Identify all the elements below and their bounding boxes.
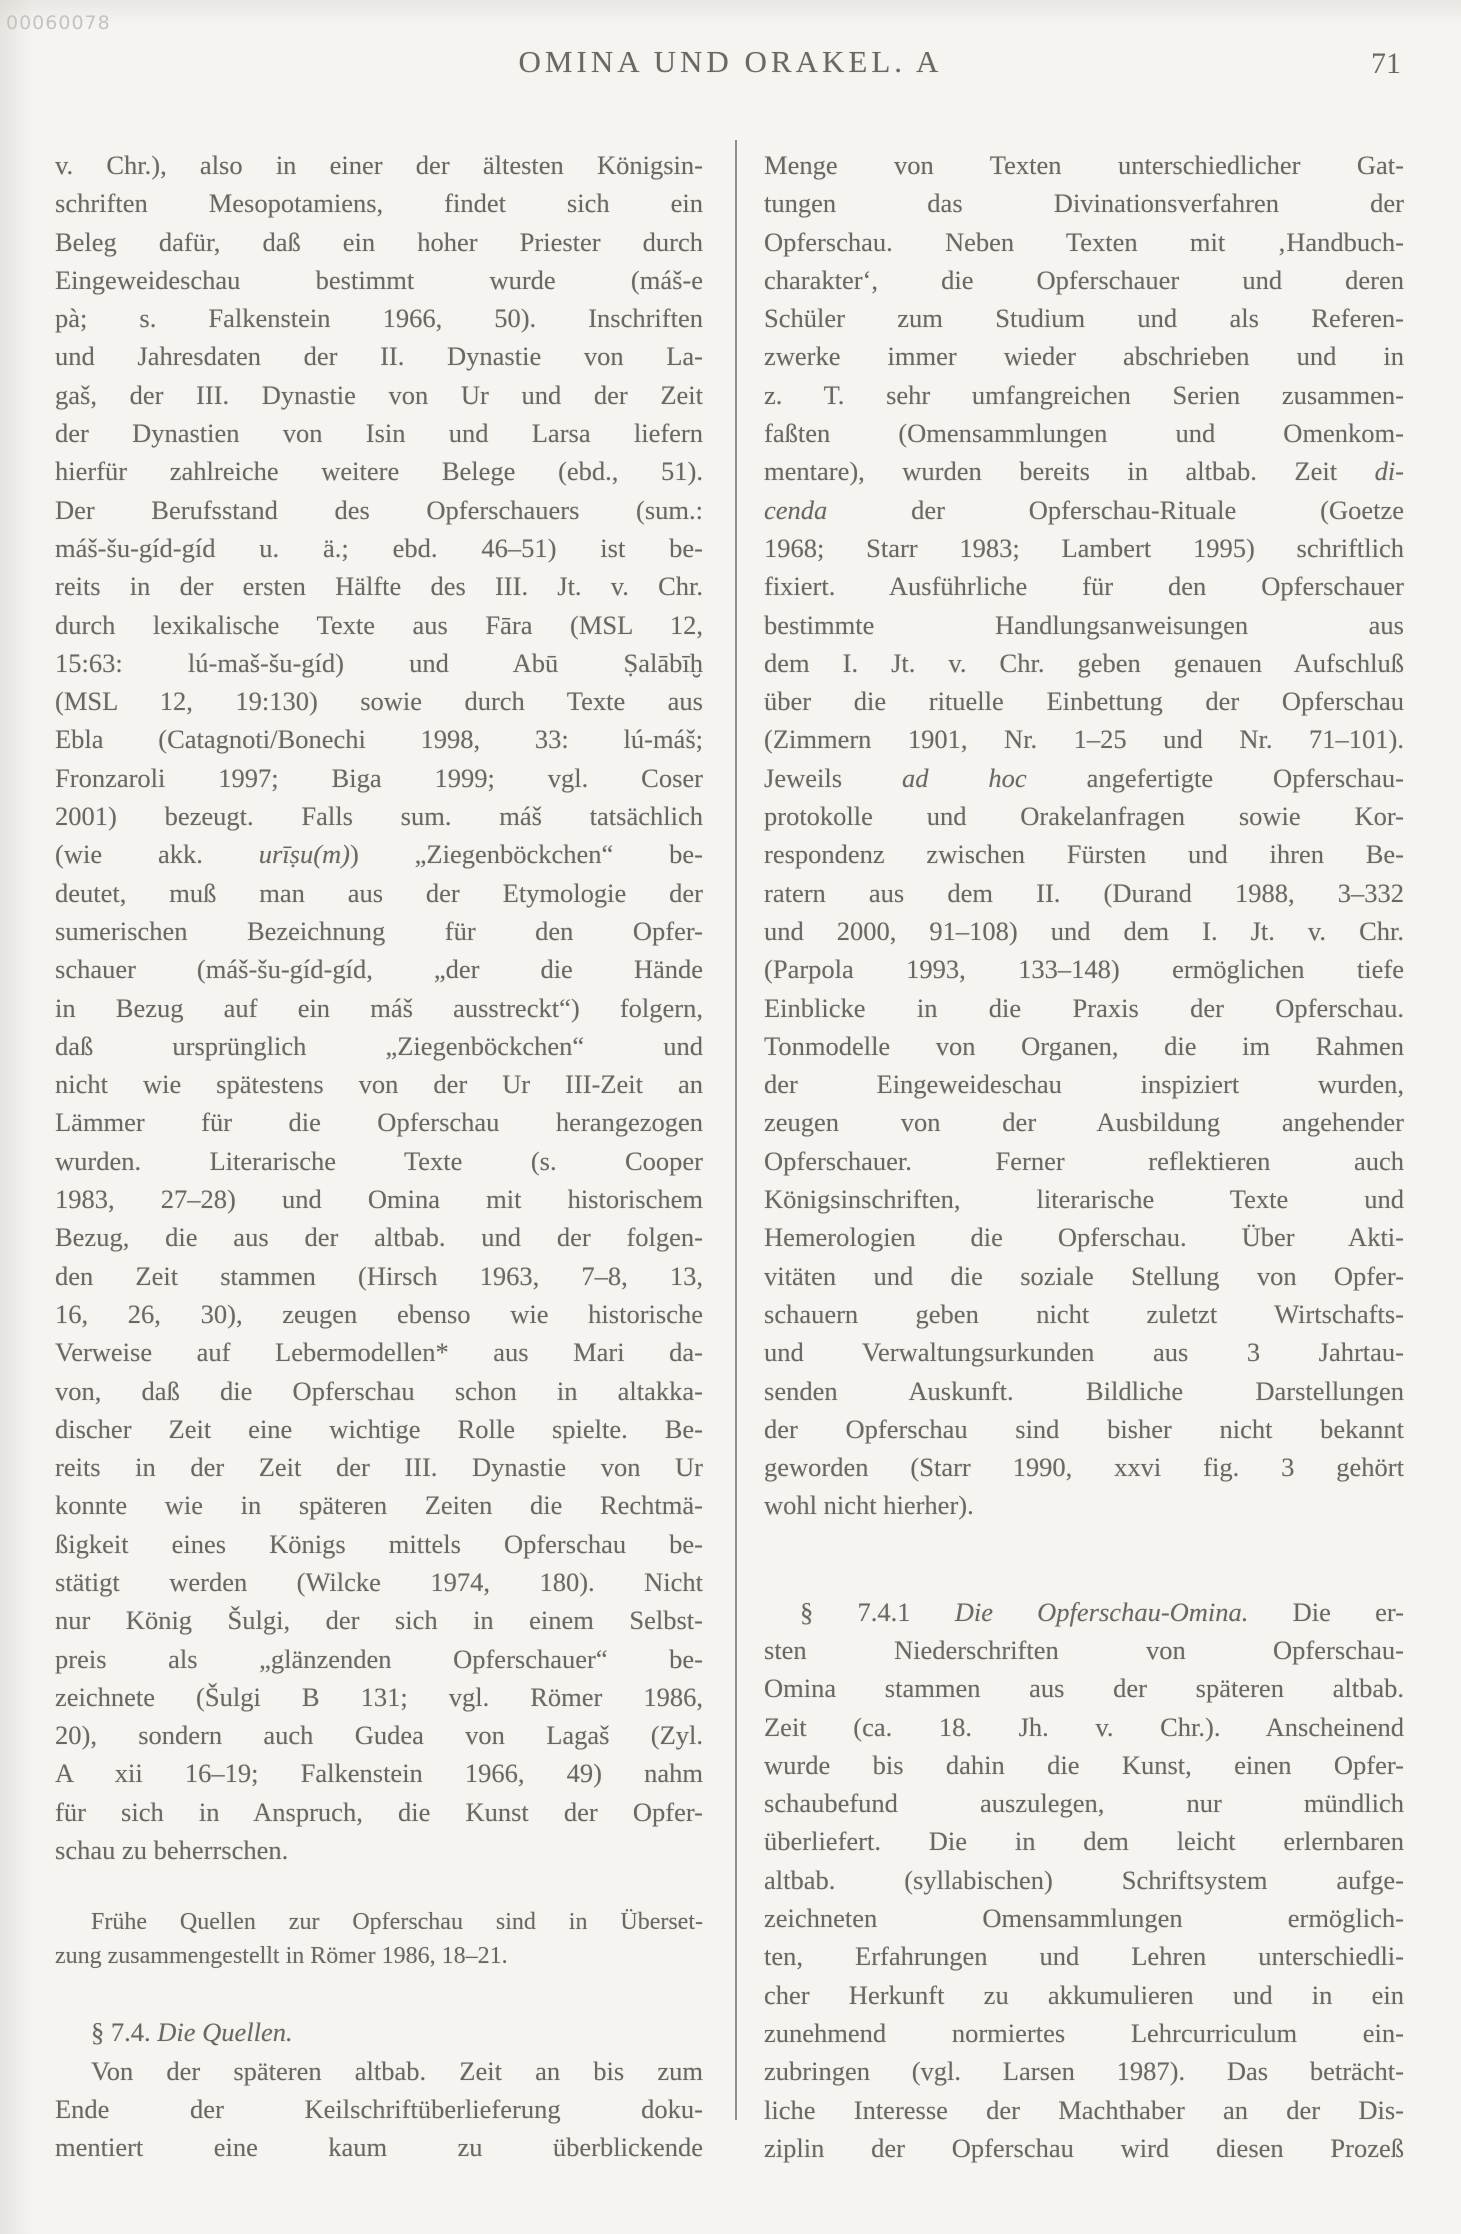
text-line: und 2000, 91–108) und dem I. Jt. v. Chr. (764, 912, 1404, 950)
text-line: Ende der Keilschriftüberlieferung doku- (55, 2090, 703, 2128)
text-line: fixiert. Ausführliche für den Opferschau… (764, 567, 1404, 605)
text-line: der Dynastien von Isin und Larsa liefern (55, 414, 703, 452)
text-line: Jeweils ad hoc angefertigte Opferschau- (764, 759, 1404, 797)
bibliography-note: Frühe Quellen zur Opferschau sind in Übe… (55, 1905, 703, 1973)
text-line: Fronzaroli 1997; Biga 1999; vgl. Coser (55, 759, 703, 797)
text-line: altbab. (syllabischen) Schriftsystem auf… (764, 1861, 1404, 1899)
text-line: Schüler zum Studium und als Referen- (764, 299, 1404, 337)
text-line: konnte wie in späteren Zeiten die Rechtm… (55, 1486, 703, 1524)
right-column: Menge von Texten unterschiedlicher Gat-t… (764, 146, 1404, 2167)
left-column: v. Chr.), also in einer der ältesten Kön… (55, 146, 703, 2167)
running-head-title: OMINA UND ORAKEL. A (0, 44, 1461, 80)
text-line: Einblicke in die Praxis der Opferschau. (764, 989, 1404, 1027)
text-line: Opferschauer. Ferner reflektieren auch (764, 1142, 1404, 1180)
text-line: wurden. Literarische Texte (s. Cooper (55, 1142, 703, 1180)
text-line: dem I. Jt. v. Chr. geben genauen Aufschl… (764, 644, 1404, 682)
text-line: in Bezug auf ein máš ausstreckt“) folger… (55, 989, 703, 1027)
text-line: Opferschau. Neben Texten mit ‚Handbuch- (764, 223, 1404, 261)
text-line: tungen das Divinationsverfahren der (764, 184, 1404, 222)
text-line: 16, 26, 30), zeugen ebenso wie historisc… (55, 1295, 703, 1333)
text-line: schauern geben nicht zuletzt Wirtschafts… (764, 1295, 1404, 1333)
text-line: cenda der Opferschau-Rituale (Goetze (764, 491, 1404, 529)
text-line: 15:63: lú-maš-šu-gíd) und Abū Ṣalābīḫ (55, 644, 703, 682)
text-line: daß ursprünglich „Ziegenböckchen“ und (55, 1027, 703, 1065)
text-line: zeugen von der Ausbildung angehender (764, 1103, 1404, 1141)
text-line: Omina stammen aus der späteren altbab. (764, 1669, 1404, 1707)
text-line: schaubefund auszulegen, nur mündlich (764, 1784, 1404, 1822)
text-line: Beleg dafür, daß ein hoher Priester durc… (55, 223, 703, 261)
text-line: bestimmte Handlungsanweisungen aus (764, 606, 1404, 644)
text-line: schauer (máš-šu-gíd-gíd, „der die Hände (55, 950, 703, 988)
text-line: máš-šu-gíd-gíd u. ä.; ebd. 46–51) ist be… (55, 529, 703, 567)
text-line: zubringen (vgl. Larsen 1987). Das beträc… (764, 2052, 1404, 2090)
text-line: zung zusammengestellt in Römer 1986, 18–… (55, 1939, 703, 1973)
text-line: zwerke immer wieder abschrieben und in (764, 337, 1404, 375)
text-line: wohl nicht hierher). (764, 1486, 1404, 1524)
text-line: (wie akk. urīṣu(m)) „Ziegenböckchen“ be- (55, 835, 703, 873)
text-line: 1968; Starr 1983; Lambert 1995) schriftl… (764, 529, 1404, 567)
page-number: 71 (1371, 47, 1401, 81)
text-line: zeichneten Omensammlungen ermöglich- (764, 1899, 1404, 1937)
text-line: (MSL 12, 19:130) sowie durch Texte aus (55, 682, 703, 720)
text-line: Frühe Quellen zur Opferschau sind in Übe… (55, 1905, 703, 1939)
column-divider-rule (735, 140, 737, 2120)
text-line: Bezug, die aus der altbab. und der folge… (55, 1218, 703, 1256)
section-7-4-1-paragraph: § 7.4.1 Die Opferschau-Omina. Die er-ste… (764, 1593, 1404, 2167)
text-line: preis als „glänzenden Opferschauer“ be- (55, 1640, 703, 1678)
text-line: Von der späteren altbab. Zeit an bis zum (55, 2052, 703, 2090)
text-line: respondenz zwischen Fürsten und ihren Be… (764, 835, 1404, 873)
text-line: wurde bis dahin die Kunst, einen Opfer- (764, 1746, 1404, 1784)
text-line: senden Auskunft. Bildliche Darstellungen (764, 1372, 1404, 1410)
text-line: reits in der ersten Hälfte des III. Jt. … (55, 567, 703, 605)
text-line: überliefert. Die in dem leicht erlernbar… (764, 1822, 1404, 1860)
text-line: 1983, 27–28) und Omina mit historischem (55, 1180, 703, 1218)
text-line: sumerischen Bezeichnung für den Opfer- (55, 912, 703, 950)
text-line: Hemerologien die Opferschau. Über Akti- (764, 1218, 1404, 1256)
text-line: protokolle und Orakelanfragen sowie Kor- (764, 797, 1404, 835)
sources-paragraph: Menge von Texten unterschiedlicher Gat-t… (764, 146, 1404, 1525)
text-line: für sich in Anspruch, die Kunst der Opfe… (55, 1793, 703, 1831)
text-line: ten, Erfahrungen und Lehren unterschiedl… (764, 1937, 1404, 1975)
text-line: Menge von Texten unterschiedlicher Gat- (764, 146, 1404, 184)
text-line: zeichnete (Šulgi B 131; vgl. Römer 1986, (55, 1678, 703, 1716)
text-line: vitäten und die soziale Stellung von Opf… (764, 1257, 1404, 1295)
text-line: (Zimmern 1901, Nr. 1–25 und Nr. 71–101). (764, 720, 1404, 758)
text-line: Lämmer für die Opferschau herangezogen (55, 1103, 703, 1141)
scan-number-stamp: 00060078 (6, 12, 111, 34)
text-line: über die rituelle Einbettung der Opfersc… (764, 682, 1404, 720)
text-line: A xii 16–19; Falkenstein 1966, 49) nahm (55, 1754, 703, 1792)
text-line: Königsinschriften, literarische Texte un… (764, 1180, 1404, 1218)
text-line: Verweise auf Lebermodellen* aus Mari da- (55, 1333, 703, 1371)
text-line: § 7.4. Die Quellen. (55, 2013, 703, 2051)
text-line: 20), sondern auch Gudea von Lagaš (Zyl. (55, 1716, 703, 1754)
text-line: z. T. sehr umfangreichen Serien zusammen… (764, 376, 1404, 414)
text-line: hierfür zahlreiche weitere Belege (ebd.,… (55, 452, 703, 490)
text-line: mentare), wurden bereits in altbab. Zeit… (764, 452, 1404, 490)
section-7-4-heading: § 7.4. Die Quellen. (55, 2013, 703, 2051)
text-line: Tonmodelle von Organen, die im Rahmen (764, 1027, 1404, 1065)
text-line: schau zu beherrschen. (55, 1831, 703, 1869)
text-line: ratern aus dem II. (Durand 1988, 3–332 (764, 874, 1404, 912)
text-line: den Zeit stammen (Hirsch 1963, 7–8, 13, (55, 1257, 703, 1295)
text-line: Eingeweideschau bestimmt wurde (máš-e (55, 261, 703, 299)
section-7-4-paragraph: Von der späteren altbab. Zeit an bis zum… (55, 2052, 703, 2167)
text-line: zunehmend normiertes Lehrcurriculum ein- (764, 2014, 1404, 2052)
text-line: ßigkeit eines Königs mittels Opferschau … (55, 1525, 703, 1563)
text-line: geworden (Starr 1990, xxvi fig. 3 gehört (764, 1448, 1404, 1486)
text-line: pà; s. Falkenstein 1966, 50). Inschrifte… (55, 299, 703, 337)
text-line: mentiert eine kaum zu überblickende (55, 2128, 703, 2166)
text-line: und Verwaltungsurkunden aus 3 Jahrtau- (764, 1333, 1404, 1371)
text-line: durch lexikalische Texte aus Fāra (MSL 1… (55, 606, 703, 644)
text-line: stätigt werden (Wilcke 1974, 180). Nicht (55, 1563, 703, 1601)
text-line: deutet, muß man aus der Etymologie der (55, 874, 703, 912)
text-line: nicht wie spätestens von der Ur III-Zeit… (55, 1065, 703, 1103)
text-line: charakter‘, die Opferschauer und deren (764, 261, 1404, 299)
text-line: sten Niederschriften von Opferschau- (764, 1631, 1404, 1669)
text-line: 2001) bezeugt. Falls sum. máš tatsächlic… (55, 797, 703, 835)
text-line: v. Chr.), also in einer der ältesten Kön… (55, 146, 703, 184)
text-line: schriften Mesopotamiens, findet sich ein (55, 184, 703, 222)
text-line: Der Berufsstand des Opferschauers (sum.: (55, 491, 703, 529)
text-line: und Jahresdaten der II. Dynastie von La- (55, 337, 703, 375)
text-line: von, daß die Opferschau schon in altakka… (55, 1372, 703, 1410)
text-line: gaš, der III. Dynastie von Ur und der Ze… (55, 376, 703, 414)
continuation-paragraph: v. Chr.), also in einer der ältesten Kön… (55, 146, 703, 1869)
text-line: reits in der Zeit der III. Dynastie von … (55, 1448, 703, 1486)
text-line: discher Zeit eine wichtige Rolle spielte… (55, 1410, 703, 1448)
text-line: Ebla (Catagnoti/Bonechi 1998, 33: lú-máš… (55, 720, 703, 758)
text-line: liche Interesse der Machthaber an der Di… (764, 2091, 1404, 2129)
text-line: (Parpola 1993, 133–148) ermöglichen tief… (764, 950, 1404, 988)
text-line: der Opferschau sind bisher nicht bekannt (764, 1410, 1404, 1448)
text-line: ziplin der Opferschau wird diesen Prozeß (764, 2129, 1404, 2167)
text-line: nur König Šulgi, der sich in einem Selbs… (55, 1601, 703, 1639)
text-line: faßten (Omensammlungen und Omenkom- (764, 414, 1404, 452)
text-line: § 7.4.1 Die Opferschau-Omina. Die er- (764, 1593, 1404, 1631)
scanned-page: { "scan_stamp": "00060078", "header": { … (0, 0, 1461, 2234)
text-line: der Eingeweideschau inspiziert wurden, (764, 1065, 1404, 1103)
text-line: Zeit (ca. 18. Jh. v. Chr.). Anscheinend (764, 1708, 1404, 1746)
text-line: cher Herkunft zu akkumulieren und in ein (764, 1976, 1404, 2014)
